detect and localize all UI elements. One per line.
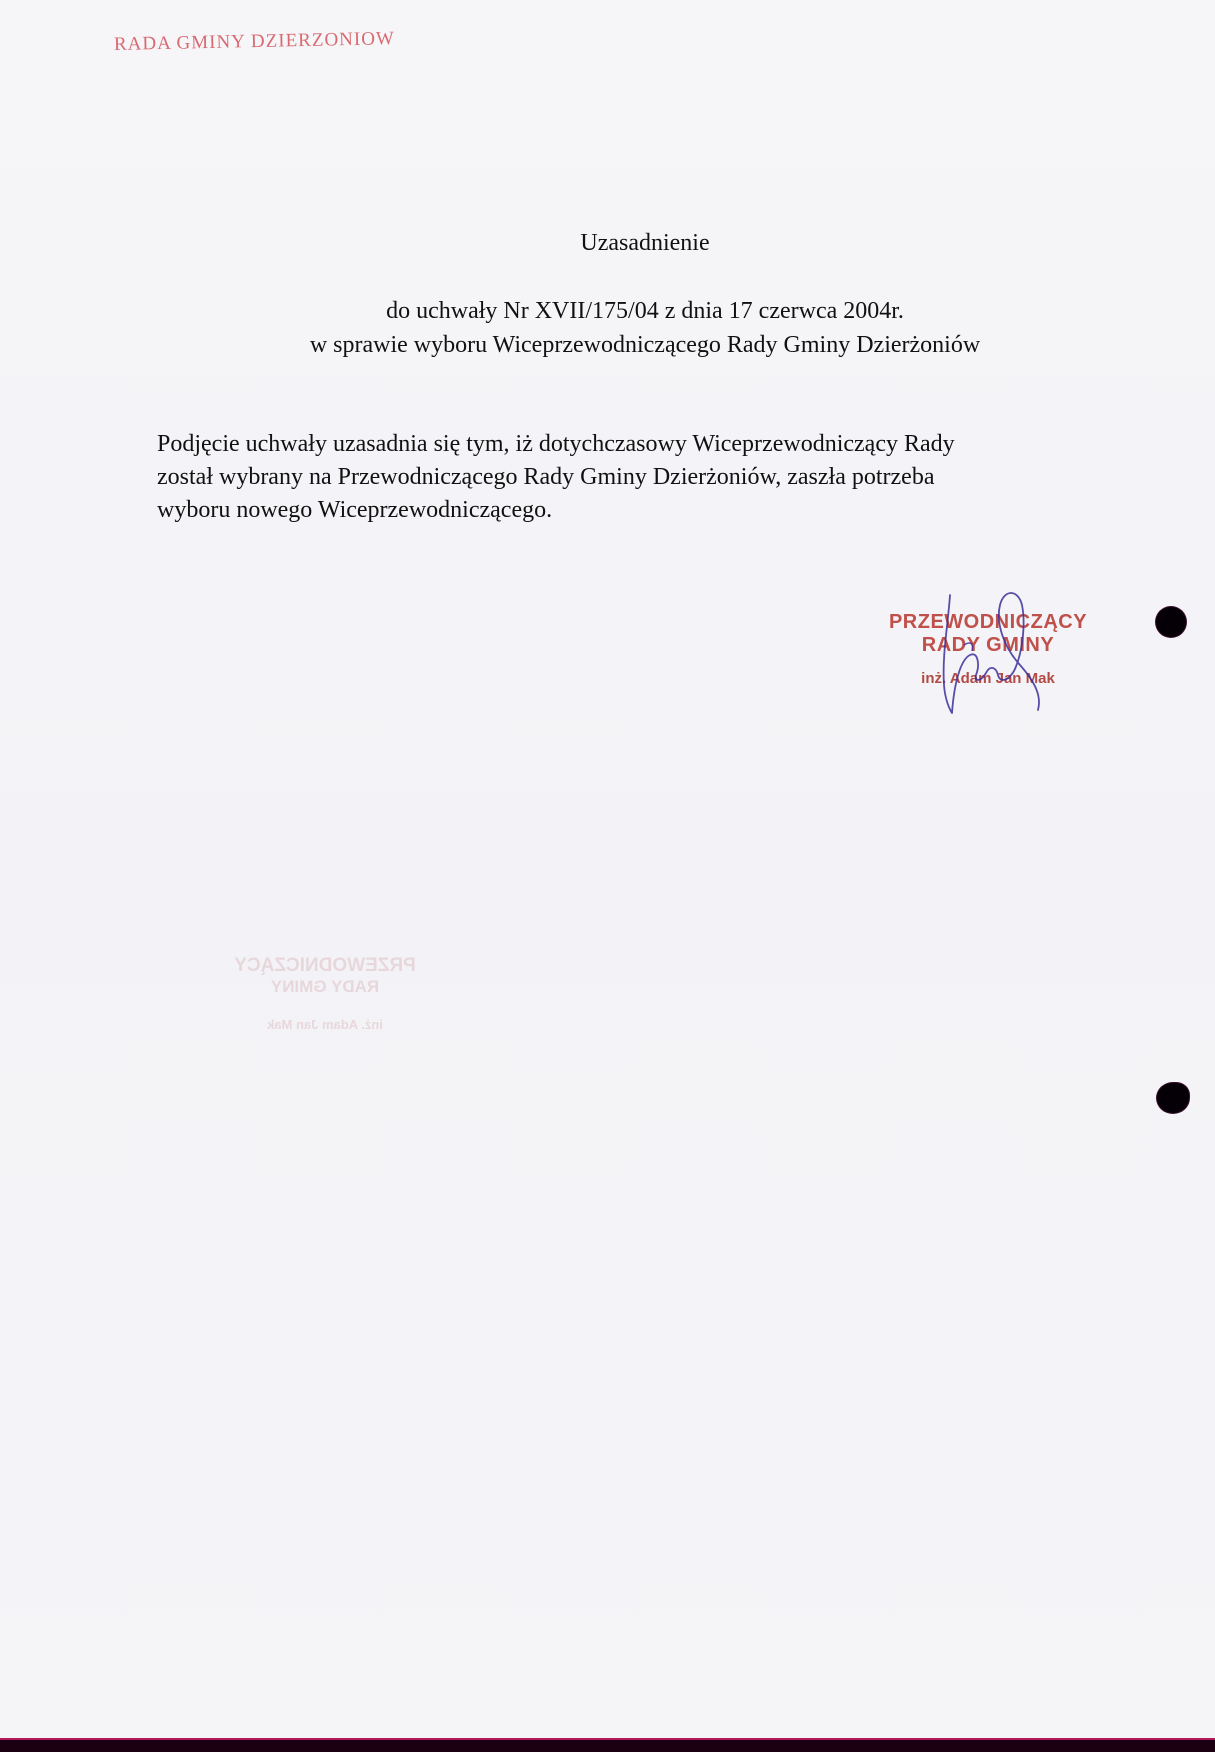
justification-paragraph: Podjęcie uchwały uzasadnia się tym, iż d… xyxy=(157,428,1147,527)
punch-hole-icon xyxy=(1157,1083,1189,1113)
ghost-stamp-name: inż. Adam Jan Mak xyxy=(195,1017,455,1032)
punch-hole-icon xyxy=(1156,607,1186,637)
document-title: Uzasadnienie xyxy=(0,230,1215,257)
show-through-stamp: PRZEWODNICZĄCY RADY GMINY inż. Adam Jan … xyxy=(195,955,455,1032)
ghost-stamp-title: PRZEWODNICZĄCY xyxy=(195,955,455,977)
paragraph-line: Podjęcie uchwały uzasadnia się tym, iż d… xyxy=(157,428,1147,461)
ghost-stamp-council: RADY GMINY xyxy=(195,977,455,997)
handwritten-signature-icon xyxy=(930,585,1070,720)
resolution-subject: w sprawie wyboru Wiceprzewodniczącego Ra… xyxy=(0,332,1215,359)
paragraph-line: został wybrany na Przewodniczącego Rady … xyxy=(157,461,1147,494)
scan-bottom-edge xyxy=(0,1738,1215,1752)
scanned-page: RADA GMINY DZIERZONIOW Uzasadnienie do u… xyxy=(0,0,1215,1740)
resolution-reference: do uchwały Nr XVII/175/04 z dnia 17 czer… xyxy=(0,298,1215,325)
council-header-stamp: RADA GMINY DZIERZONIOW xyxy=(114,28,395,56)
paragraph-line: wyboru nowego Wiceprzewodniczącego. xyxy=(157,494,1147,527)
